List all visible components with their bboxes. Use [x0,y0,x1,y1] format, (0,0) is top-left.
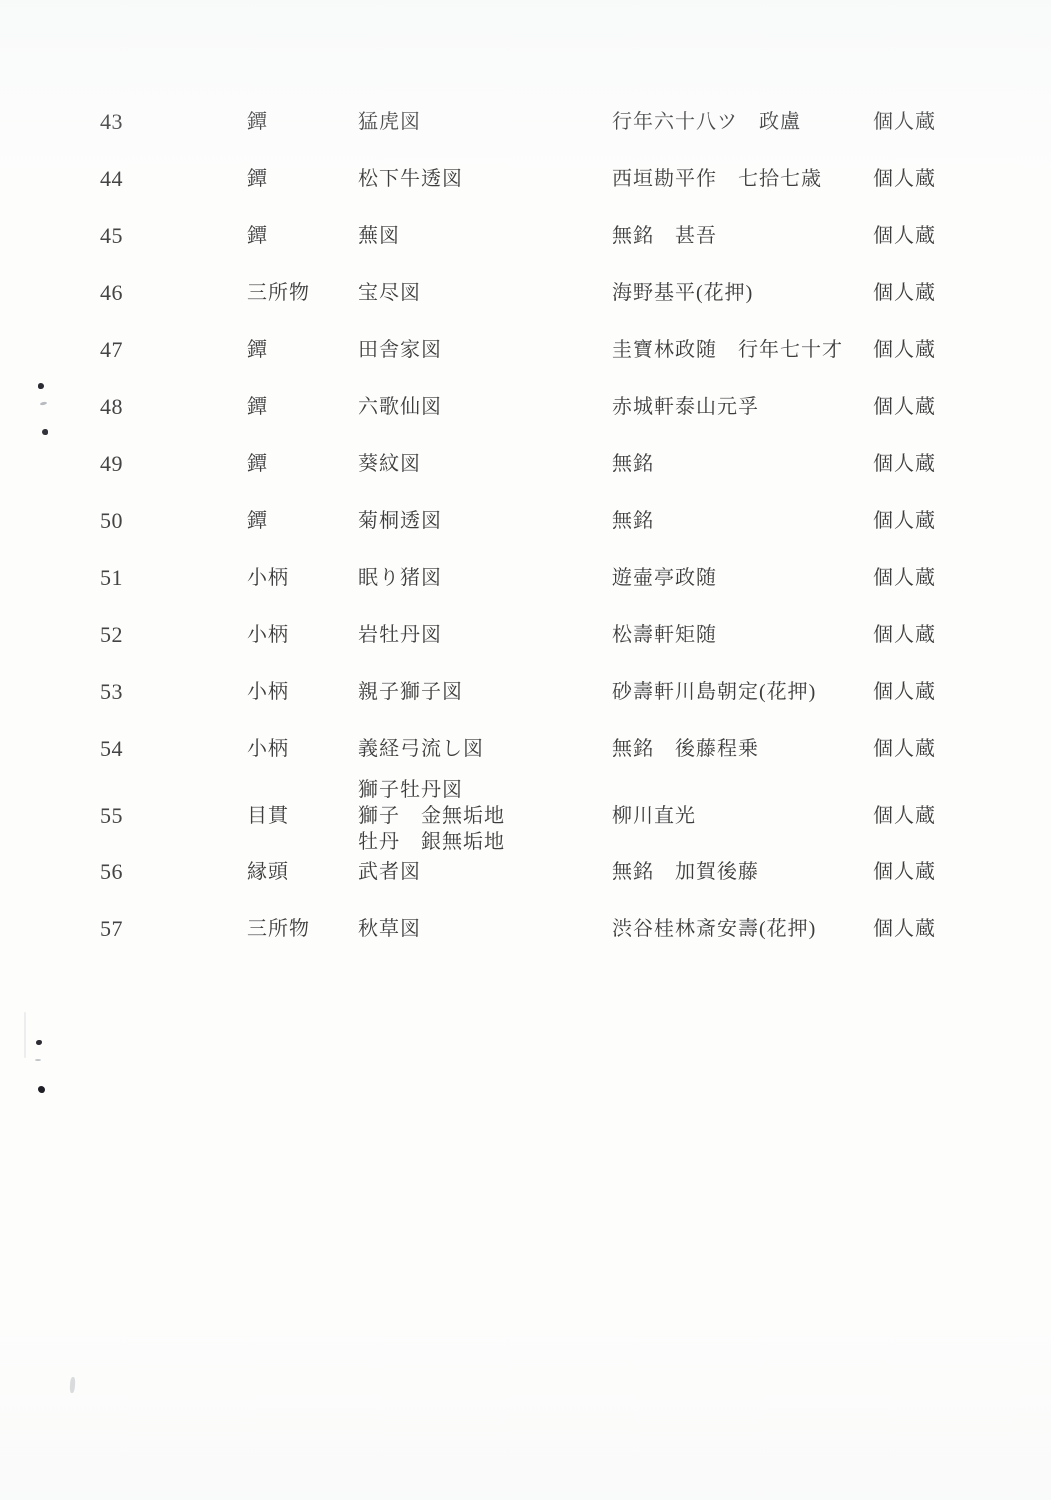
item-collection: 個人蔵 [873,451,1051,477]
item-type: 鐔 [247,166,358,192]
item-signature: 西垣勘平作 七拾七歳 [612,166,873,192]
item-type: 目貫 [247,803,358,829]
item-signature: 無銘 後藤程乗 [612,736,873,762]
item-collection: 個人蔵 [873,803,1051,829]
item-collection: 個人蔵 [873,337,1051,363]
item-type: 小柄 [247,679,358,705]
item-title-line: 松下牛透図 [358,166,612,192]
row-number: 55 [100,803,247,829]
table-row: 47 鐔 田舎家図 圭寶林政随 行年七十才 個人蔵 [0,321,1051,378]
item-title-line: 猛虎図 [358,109,612,135]
item-title-line: 秋草図 [358,916,612,942]
item-collection: 個人蔵 [873,916,1051,942]
catalog-table: 43 鐔 猛虎図 行年六十八ツ 政盧 個人蔵 44 鐔 松下牛透図 西垣勘平作 … [0,93,1051,957]
item-type: 三所物 [247,280,358,306]
item-title: 武者図 [358,859,612,885]
item-title: 宝尽図 [358,280,612,306]
item-title-line: 宝尽図 [358,280,612,306]
item-collection: 個人蔵 [873,223,1051,249]
item-type: 鐔 [247,451,358,477]
item-signature: 無銘 加賀後藤 [612,859,873,885]
item-signature: 海野基平(花押) [612,280,873,306]
scan-speck [36,1040,42,1045]
item-title-line: 獅子牡丹図 [358,777,612,803]
table-row: 55 目貫 獅子牡丹図獅子 金無垢地牡丹 銀無垢地 柳川直光 個人蔵 [0,777,1051,843]
item-title: 六歌仙図 [358,394,612,420]
item-collection: 個人蔵 [873,394,1051,420]
item-signature: 松壽軒矩随 [612,622,873,648]
item-type: 鐔 [247,223,358,249]
item-collection: 個人蔵 [873,679,1051,705]
table-row: 45 鐔 蕪図 無銘 甚吾 個人蔵 [0,207,1051,264]
item-title: 岩牡丹図 [358,622,612,648]
item-collection: 個人蔵 [873,280,1051,306]
item-title: 田舎家図 [358,337,612,363]
item-title: 蕪図 [358,223,612,249]
table-row: 50 鐔 菊桐透図 無銘 個人蔵 [0,492,1051,549]
scan-speck [38,1086,45,1093]
item-title-line: 田舎家図 [358,337,612,363]
item-collection: 個人蔵 [873,736,1051,762]
row-number: 53 [100,679,247,705]
item-type: 鐔 [247,337,358,363]
item-signature: 無銘 甚吾 [612,223,873,249]
item-title: 親子獅子図 [358,679,612,705]
item-title-line: 葵紋図 [358,451,612,477]
item-title-line: 獅子 金無垢地 [358,803,612,829]
item-collection: 個人蔵 [873,166,1051,192]
table-row: 46 三所物 宝尽図 海野基平(花押) 個人蔵 [0,264,1051,321]
item-signature: 圭寶林政随 行年七十才 [612,337,873,363]
row-number: 44 [100,166,247,192]
item-title: 葵紋図 [358,451,612,477]
table-row: 44 鐔 松下牛透図 西垣勘平作 七拾七歳 個人蔵 [0,150,1051,207]
item-signature: 行年六十八ツ 政盧 [612,109,873,135]
item-signature: 遊壷亭政随 [612,565,873,591]
item-title: 松下牛透図 [358,166,612,192]
item-title-line: 眠り猪図 [358,565,612,591]
item-signature: 柳川直光 [612,803,873,829]
row-number: 57 [100,916,247,942]
item-title: 眠り猪図 [358,565,612,591]
item-title: 猛虎図 [358,109,612,135]
table-row: 52 小柄 岩牡丹図 松壽軒矩随 個人蔵 [0,606,1051,663]
item-title: 秋草図 [358,916,612,942]
item-signature: 赤城軒泰山元孚 [612,394,873,420]
item-title-line: 義経弓流し図 [358,736,612,762]
item-type: 小柄 [247,565,358,591]
row-number: 43 [100,109,247,135]
table-row: 57 三所物 秋草図 渋谷桂林斎安壽(花押) 個人蔵 [0,900,1051,957]
item-title-line: 蕪図 [358,223,612,249]
row-number: 52 [100,622,247,648]
item-title-line: 菊桐透図 [358,508,612,534]
item-title-line: 岩牡丹図 [358,622,612,648]
item-collection: 個人蔵 [873,859,1051,885]
row-number: 49 [100,451,247,477]
row-number: 56 [100,859,247,885]
scanned-document-page: 43 鐔 猛虎図 行年六十八ツ 政盧 個人蔵 44 鐔 松下牛透図 西垣勘平作 … [0,0,1051,1500]
table-row: 48 鐔 六歌仙図 赤城軒泰山元孚 個人蔵 [0,378,1051,435]
item-collection: 個人蔵 [873,109,1051,135]
item-title: 獅子牡丹図獅子 金無垢地牡丹 銀無垢地 [358,777,612,855]
item-type: 三所物 [247,916,358,942]
item-type: 鐔 [247,508,358,534]
scan-speck [69,1377,75,1393]
item-signature: 無銘 [612,508,873,534]
row-number: 47 [100,337,247,363]
scan-speck [24,1012,26,1058]
item-collection: 個人蔵 [873,565,1051,591]
row-number: 46 [100,280,247,306]
item-type: 鐔 [247,394,358,420]
item-signature: 渋谷桂林斎安壽(花押) [612,916,873,942]
scan-speck [35,1059,41,1061]
item-type: 小柄 [247,736,358,762]
item-type: 小柄 [247,622,358,648]
row-number: 54 [100,736,247,762]
item-type: 鐔 [247,109,358,135]
table-row: 53 小柄 親子獅子図 砂壽軒川島朝定(花押) 個人蔵 [0,663,1051,720]
item-collection: 個人蔵 [873,508,1051,534]
row-number: 45 [100,223,247,249]
item-collection: 個人蔵 [873,622,1051,648]
item-type: 縁頭 [247,859,358,885]
item-title: 菊桐透図 [358,508,612,534]
row-number: 50 [100,508,247,534]
item-title-line: 牡丹 銀無垢地 [358,829,612,855]
item-title-line: 親子獅子図 [358,679,612,705]
table-row: 51 小柄 眠り猪図 遊壷亭政随 個人蔵 [0,549,1051,606]
row-number: 48 [100,394,247,420]
item-title-line: 武者図 [358,859,612,885]
table-row: 43 鐔 猛虎図 行年六十八ツ 政盧 個人蔵 [0,93,1051,150]
row-number: 51 [100,565,247,591]
item-signature: 無銘 [612,451,873,477]
table-row: 49 鐔 葵紋図 無銘 個人蔵 [0,435,1051,492]
item-title: 義経弓流し図 [358,736,612,762]
item-title-line: 六歌仙図 [358,394,612,420]
item-signature: 砂壽軒川島朝定(花押) [612,679,873,705]
table-row: 54 小柄 義経弓流し図 無銘 後藤程乗 個人蔵 [0,720,1051,777]
